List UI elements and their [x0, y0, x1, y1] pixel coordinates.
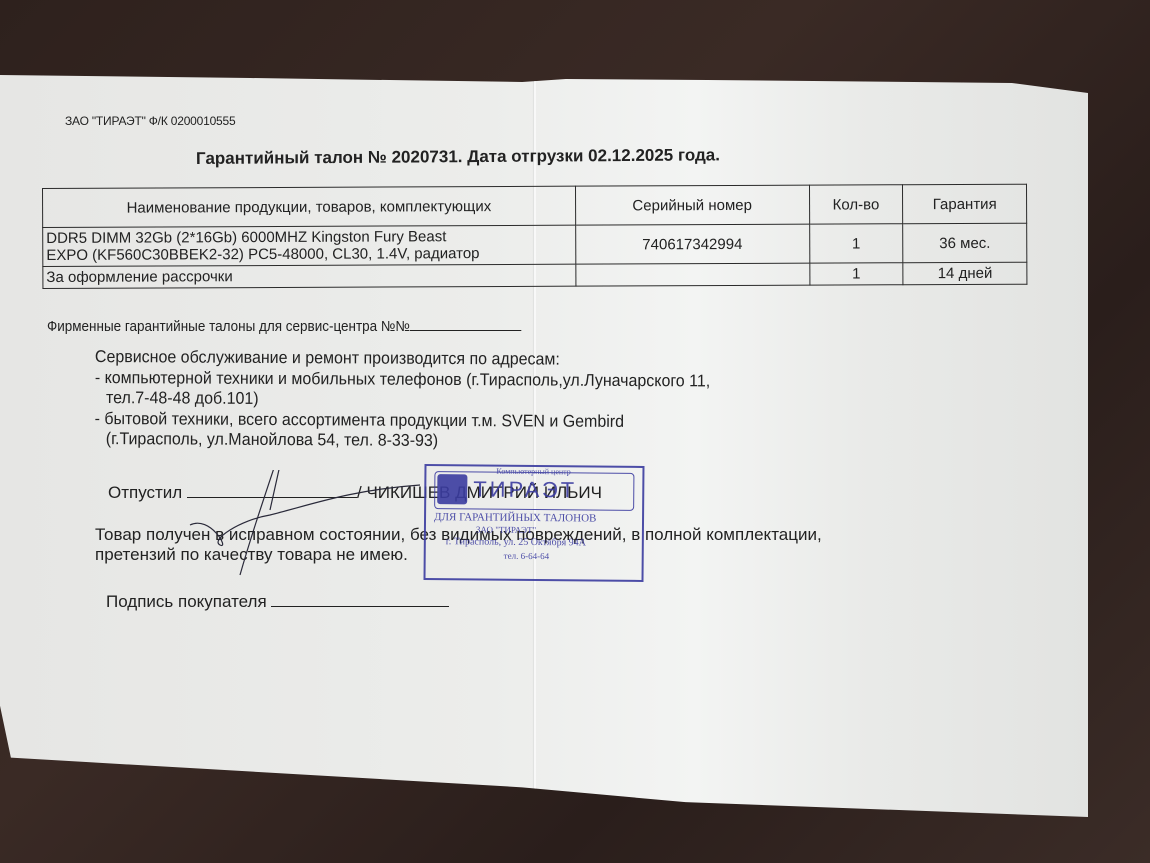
product-name: DDR5 DIMM 32Gb (2*16Gb) 6000MHZ Kingston… — [43, 225, 576, 266]
table-row: За оформление рассрочки 1 14 дней — [43, 262, 1027, 288]
table-header-row: Наименование продукции, товаров, комплек… — [43, 184, 1027, 227]
serial-number: 740617342994 — [575, 224, 809, 264]
handwritten-signature-icon — [180, 470, 440, 580]
header-name: Наименование продукции, товаров, комплек… — [43, 186, 576, 227]
product-name: За оформление рассрочки — [43, 264, 576, 288]
stamp-line2: ЗАО "ТИРАЭТ" — [476, 524, 536, 535]
service-heading: Сервисное обслуживание и ремонт производ… — [95, 347, 710, 371]
stamp-line1: ДЛЯ ГАРАНТИЙНЫХ ТАЛОНОВ — [434, 511, 596, 524]
warranty-period: 14 дней — [903, 262, 1027, 285]
warranty-period: 36 мес. — [903, 223, 1027, 263]
document-title: Гарантийный талон № 2020731. Дата отгруз… — [196, 145, 720, 169]
table-row: DDR5 DIMM 32Gb (2*16Gb) 6000MHZ Kingston… — [43, 223, 1027, 266]
released-label: Отпустил — [108, 483, 182, 502]
service-item-computers-phone: тел.7-48-48 доб.101) — [95, 388, 710, 412]
stamp-logo-icon — [437, 474, 467, 504]
service-center-blank — [410, 318, 522, 331]
service-item-appliances-address: (г.Тирасполь, ул.Манойлова 54, тел. 8-33… — [94, 429, 709, 453]
header-qty: Кол-во — [809, 185, 903, 224]
service-center-text: Фирменные гарантийные талоны для сервис-… — [47, 319, 410, 335]
service-center-label: Фирменные гарантийные талоны для сервис-… — [47, 318, 521, 335]
buyer-signature-label: Подпись покупателя — [106, 592, 267, 611]
stamp-small-top: Компьютерный центр — [496, 467, 570, 477]
buyer-signature-line — [271, 594, 449, 607]
stamp-logo-box: ТИРАЭТ — [434, 471, 634, 511]
service-addresses: Сервисное обслуживание и ремонт производ… — [94, 347, 710, 453]
serial-number — [575, 263, 809, 286]
quantity: 1 — [809, 263, 903, 285]
stamp-line3: г. Тирасполь, ул. 25 Октября 94А — [446, 536, 586, 548]
buyer-signature: Подпись покупателя — [106, 592, 449, 612]
stamp-line4: тел. 6-64-64 — [504, 551, 550, 561]
company-stamp: ТИРАЭТ Компьютерный центр ДЛЯ ГАРАНТИЙНЫ… — [423, 464, 644, 582]
stamp-logo-text: ТИРАЭТ — [473, 476, 577, 503]
product-name-line2: EXPO (KF560C30BBEK2-32) PC5-48000, CL30,… — [46, 245, 572, 264]
header-warranty: Гарантия — [903, 184, 1027, 224]
warranty-card: ЗАО "ТИРАЭТ" Ф/К 0200010555 Гарантийный … — [0, 75, 1088, 817]
company-line: ЗАО "ТИРАЭТ" Ф/К 0200010555 — [65, 114, 235, 128]
quantity: 1 — [809, 224, 903, 263]
items-table: Наименование продукции, товаров, комплек… — [42, 184, 1027, 289]
header-serial: Серийный номер — [575, 185, 809, 225]
